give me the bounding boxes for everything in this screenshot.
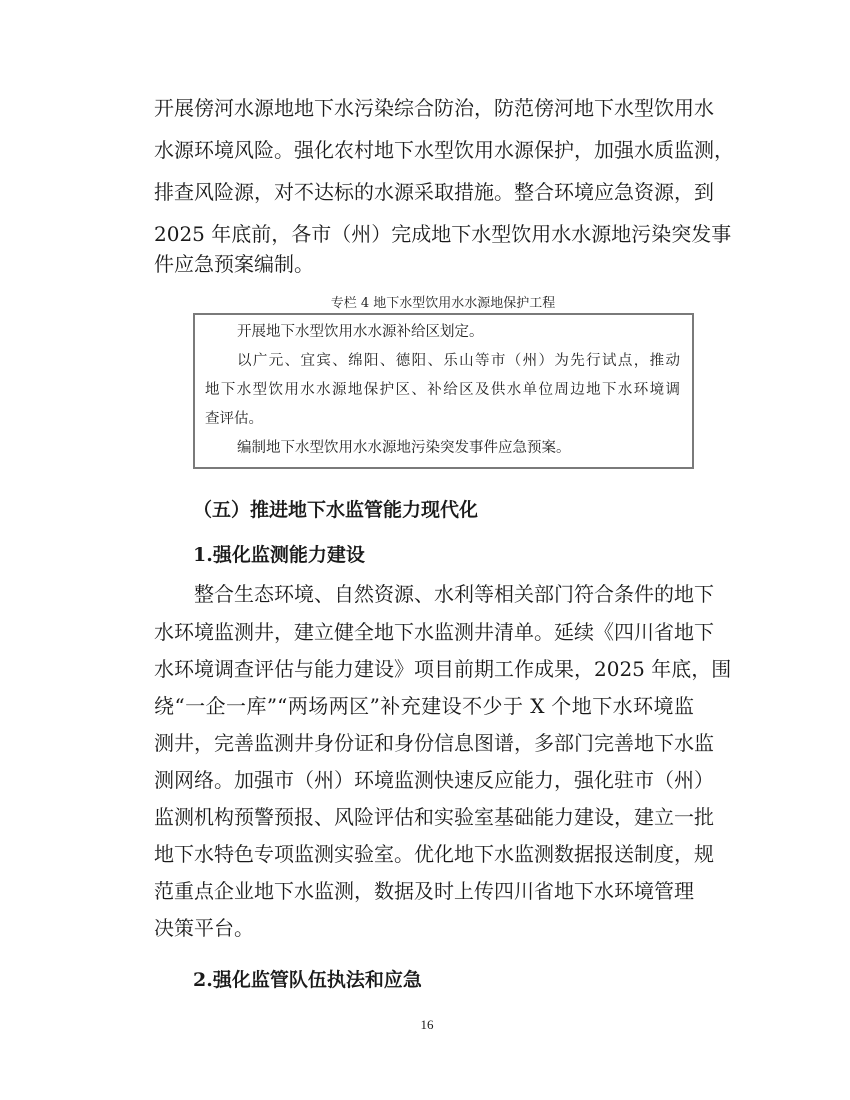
box-line: 开展地下水型饮用水水源补给区划定。 xyxy=(205,323,680,341)
paragraph-line: 监测机构预警预报、风险评估和实验室基础能力建设，建立一批 xyxy=(154,805,694,829)
paragraph-line: 2025 年底前，各市（州）完成地下水型饮用水水源地污染突发事 xyxy=(154,222,694,246)
box-line: 查评估。 xyxy=(205,410,680,428)
paragraph-line: 决策平台。 xyxy=(154,916,694,940)
box-line: 以广元、宜宾、绵阳、德阳、乐山等市（州）为先行试点，推动 xyxy=(205,352,680,370)
paragraph-line: 水环境调查评估与能力建设》项目前期工作成果，2025 年底，围 xyxy=(154,657,694,681)
paragraph-line: 整合生态环境、自然资源、水利等相关部门符合条件的地下 xyxy=(194,582,694,606)
page-number: 16 xyxy=(415,1017,439,1033)
paragraph-line: 排查风险源，对不达标的水源采取措施。整合环境应急资源，到 xyxy=(154,180,694,204)
paragraph-line: 水环境监测井，建立健全地下水监测井清单。延续《四川省地下 xyxy=(154,620,694,644)
paragraph-line: 测井，完善监测井身份证和身份信息图谱，多部门完善地下水监 xyxy=(154,731,694,755)
info-box: 开展地下水型饮用水水源补给区划定。 以广元、宜宾、绵阳、德阳、乐山等市（州）为先… xyxy=(193,313,694,469)
box-caption: 专栏 4 地下水型饮用水水源地保护工程 xyxy=(193,296,693,312)
section-heading: （五）推进地下水监管能力现代化 xyxy=(193,498,478,522)
paragraph-line: 范重点企业地下水监测，数据及时上传四川省地下水环境管理 xyxy=(154,879,694,903)
paragraph-line: 测网络。加强市（州）环境监测快速反应能力，强化驻市（州） xyxy=(154,768,694,792)
subsection-heading: 2.强化监管队伍执法和应急 xyxy=(193,968,422,992)
box-line: 地下水型饮用水水源地保护区、补给区及供水单位周边地下水环境调 xyxy=(205,381,680,399)
paragraph-line: 开展傍河水源地地下水污染综合防治，防范傍河地下水型饮用水 xyxy=(154,96,694,120)
paragraph-line: 地下水特色专项监测实验室。优化地下水监测数据报送制度，规 xyxy=(154,842,694,866)
paragraph-line: 水源环境风险。强化农村地下水型饮用水源保护，加强水质监测， xyxy=(154,138,694,162)
paragraph-line: 绕“一企一库”“两场两区”补充建设不少于 X 个地下水环境监 xyxy=(154,694,694,718)
subsection-heading: 1.强化监测能力建设 xyxy=(193,543,365,567)
box-line: 编制地下水型饮用水水源地污染突发事件应急预案。 xyxy=(205,439,680,457)
paragraph-line: 件应急预案编制。 xyxy=(154,252,694,276)
